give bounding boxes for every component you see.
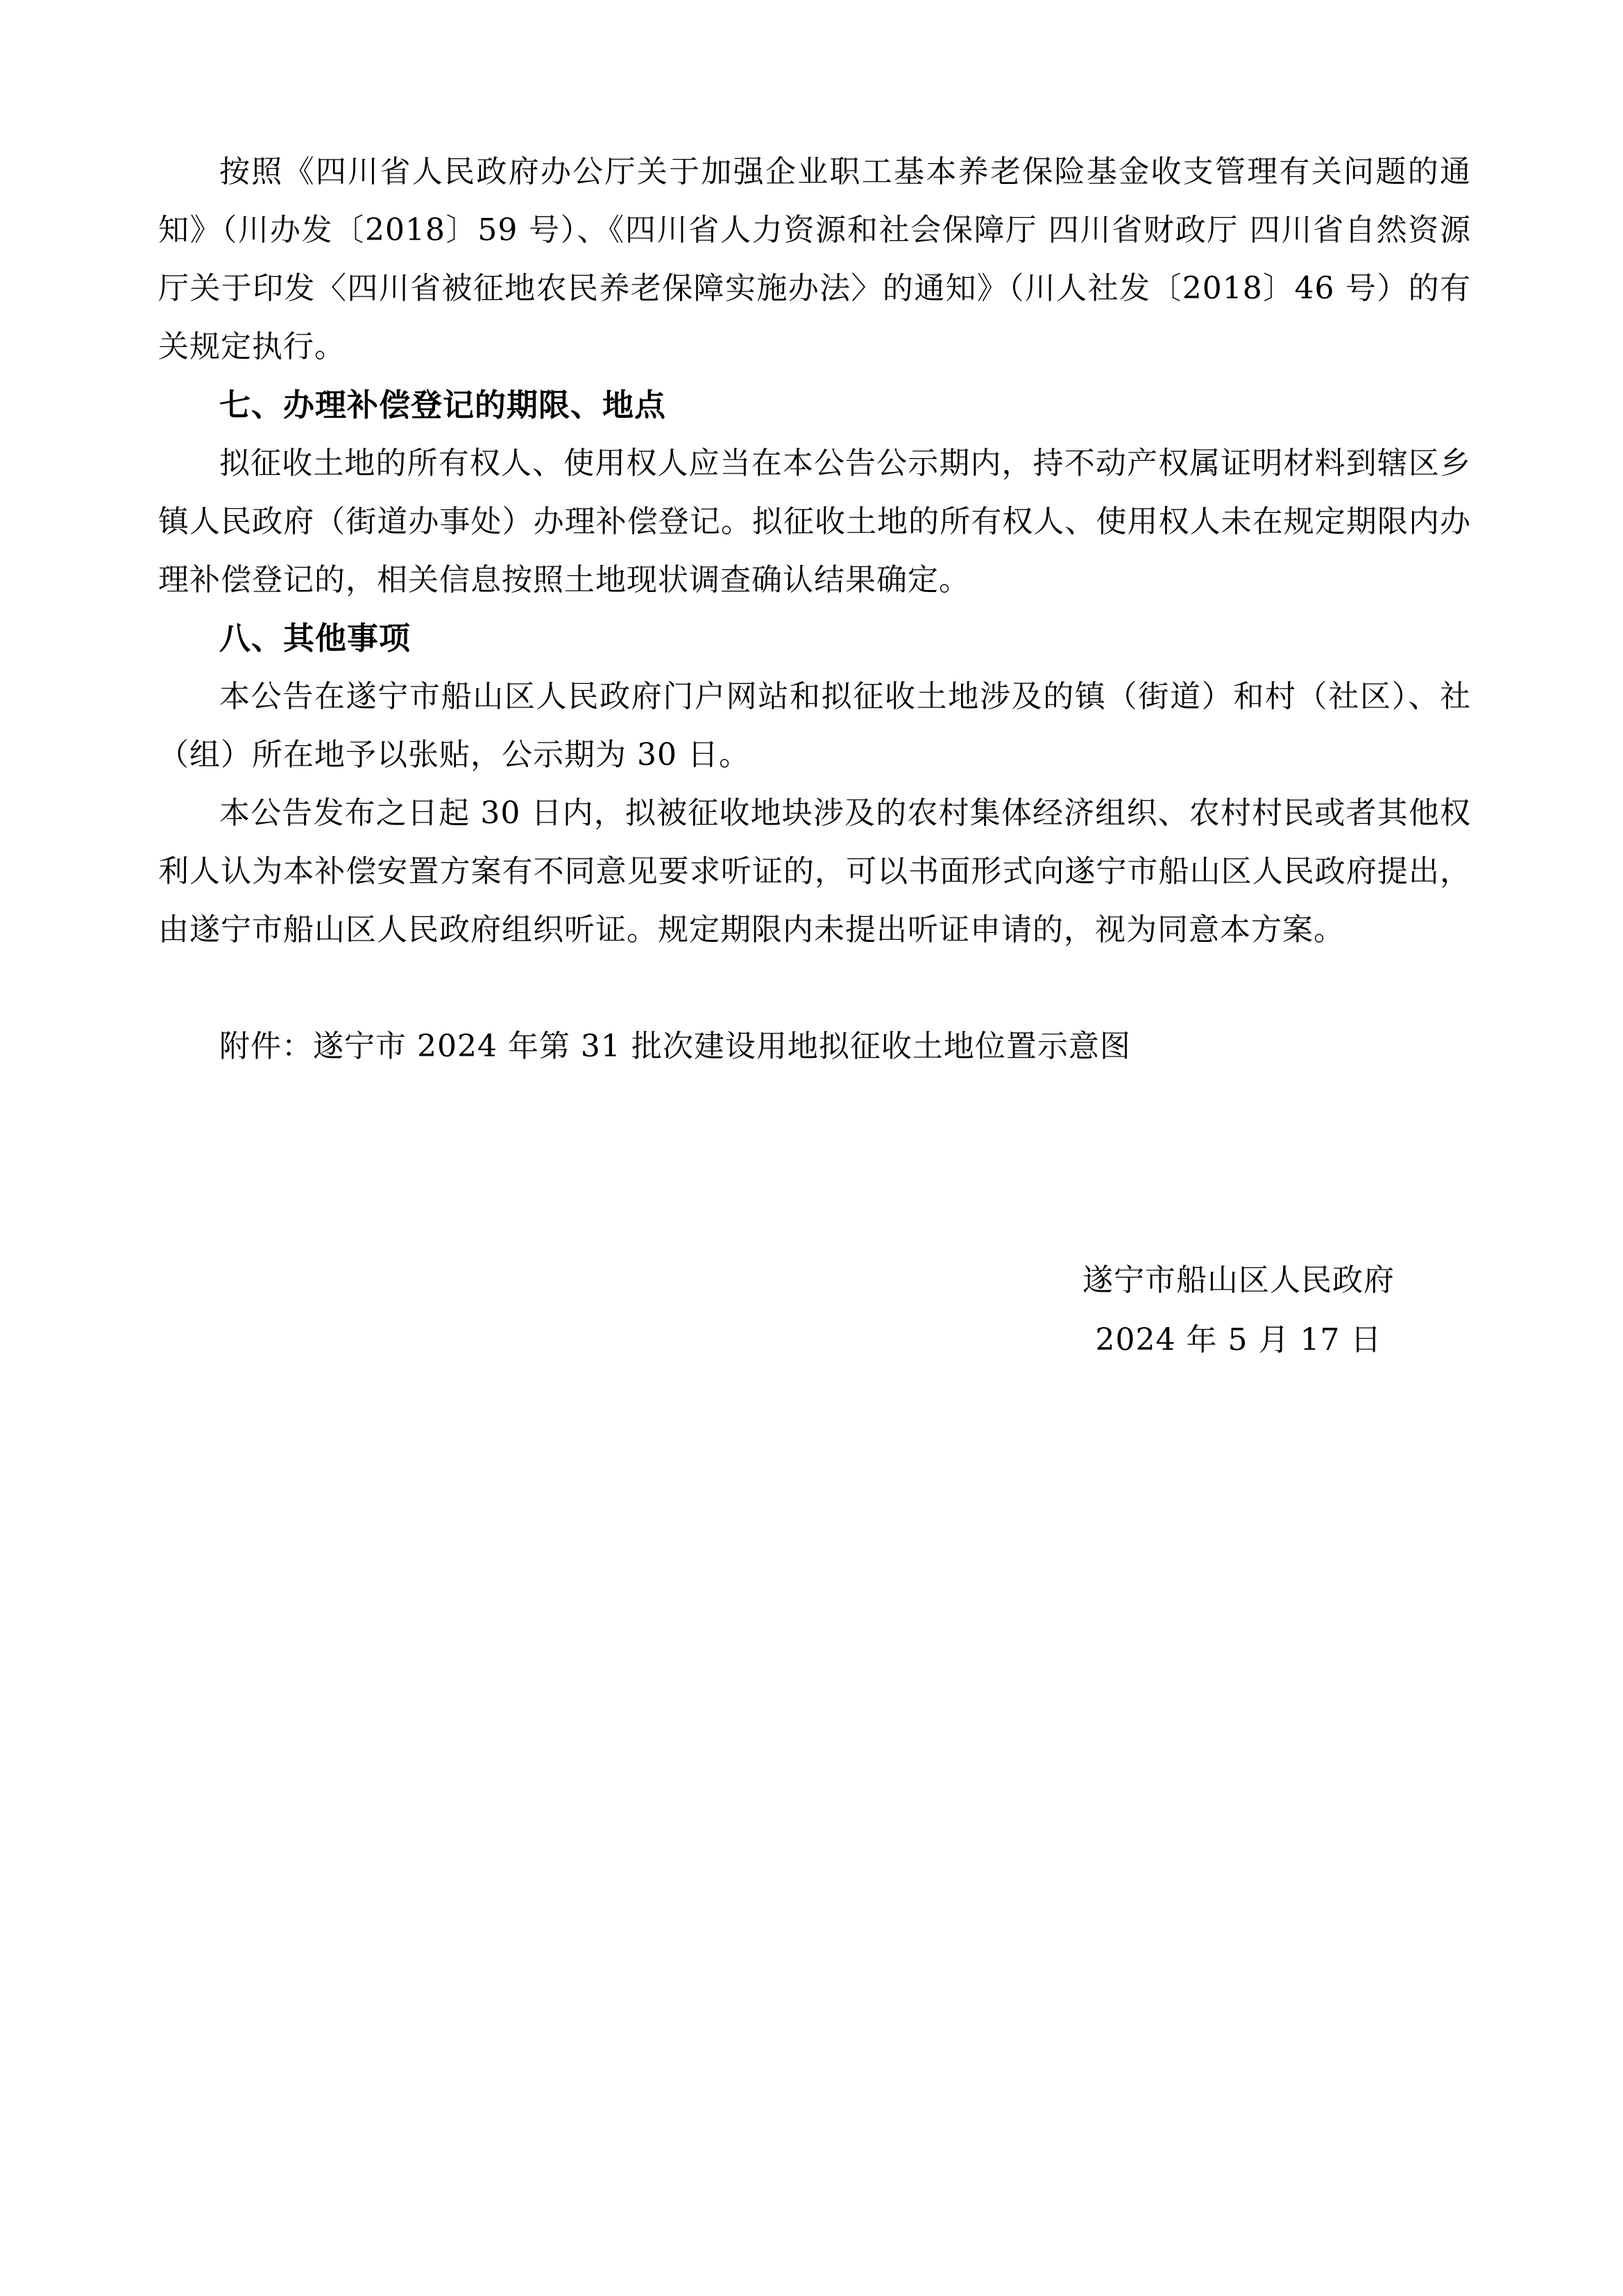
section-8-heading: 八、其他事项 — [158, 609, 1471, 668]
section-7-heading: 七、办理补偿登记的期限、地点 — [158, 376, 1471, 434]
document-text-block: 按照《四川省人民政府办公厅关于加强企业职工基本养老保险基金收支管理有关问题的通知… — [158, 143, 1471, 1370]
section-7-paragraph: 拟征收土地的所有权人、使用权人应当在本公告公示期内，持不动产权属证明材料到辖区乡… — [158, 434, 1471, 609]
signature-block: 遂宁市船山区人民政府 2024 年 5 月 17 日 — [158, 1251, 1471, 1370]
body-paragraph-continuation: 按照《四川省人民政府办公厅关于加强企业职工基本养老保险基金收支管理有关问题的通知… — [158, 143, 1471, 376]
section-8-paragraph-1: 本公告在遂宁市船山区人民政府门户网站和拟征收土地涉及的镇（街道）和村（社区）、社… — [158, 668, 1471, 784]
issue-date: 2024 年 5 月 17 日 — [1082, 1310, 1395, 1370]
signature-inner: 遂宁市船山区人民政府 2024 年 5 月 17 日 — [1082, 1251, 1395, 1370]
issuer-signature: 遂宁市船山区人民政府 — [1082, 1251, 1395, 1310]
document-page: 按照《四川省人民政府办公厅关于加强企业职工基本养老保险基金收支管理有关问题的通知… — [0, 0, 1623, 2296]
section-8-paragraph-2: 本公告发布之日起 30 日内，拟被征收地块涉及的农村集体经济组织、农村村民或者其… — [158, 784, 1471, 959]
attachment-note: 附件：遂宁市 2024 年第 31 批次建设用地拟征收土地位置示意图 — [158, 1018, 1471, 1076]
